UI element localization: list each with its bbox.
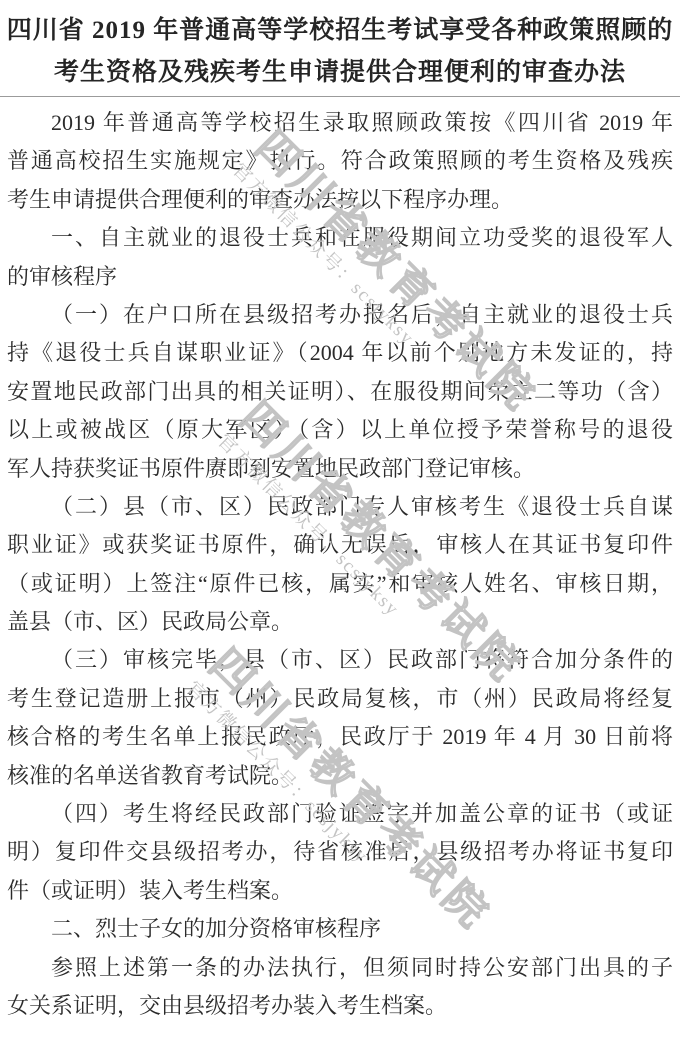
document-title: 四川省 2019 年普通高等学校招生考试享受各种政策照顾的 考生资格及残疾考生申…	[6, 10, 674, 94]
document-page: 四川省 2019 年普通高等学校招生考试享受各种政策照顾的 考生资格及残疾考生申…	[0, 0, 680, 1053]
paragraph: 参照上述第一条的办法执行，但须同时持公安部门出具的子女关系证明，交由县级招考办装…	[7, 949, 673, 1026]
text-line: 持《退役士兵自谋职业证》（2004 年以前个别地方未发证的，持	[7, 334, 673, 372]
text-line: 一、自主就业的退役士兵和在服役期间立功受奖的退役军人	[7, 219, 673, 257]
text-line: 考生申请提供合理便利的审查办法按以下程序办理。	[7, 181, 673, 219]
text-line: 件（或证明）装入考生档案。	[7, 872, 673, 910]
paragraph: （三）审核完毕，县（市、区）民政部门将符合加分条件的考生登记造册上报市（州）民政…	[7, 641, 673, 795]
text-line: （四）考生将经民政部门验证签字并加盖公章的证书（或证	[7, 795, 673, 833]
text-line: 二、烈士子女的加分资格审核程序	[7, 910, 673, 948]
text-line: 盖县（市、区）民政局公章。	[7, 603, 673, 641]
text-line: 2019 年普通高等学校招生录取照顾政策按《四川省 2019 年	[7, 104, 673, 142]
text-line: （三）审核完毕，县（市、区）民政部门将符合加分条件的	[7, 641, 673, 679]
text-line: 核合格的考生名单上报民政厅，民政厅于 2019 年 4 月 30 日前将	[7, 718, 673, 756]
paragraph: （四）考生将经民政部门验证签字并加盖公章的证书（或证明）复印件交县级招考办，待省…	[7, 795, 673, 910]
section-heading: 一、自主就业的退役士兵和在服役期间立功受奖的退役军人的审核程序	[7, 219, 673, 296]
text-line: 核准的名单送省教育考试院。	[7, 757, 673, 795]
text-line: 明）复印件交县级招考办，待省核准后，县级招考办将证书复印	[7, 833, 673, 871]
title-line-2: 考生资格及残疾考生申请提供合理便利的审查办法	[6, 52, 674, 94]
text-line: 的审核程序	[7, 258, 673, 296]
title-divider-line	[0, 96, 680, 97]
text-line: 军人持获奖证书原件赓即到安置地民政部门登记审核。	[7, 450, 673, 488]
text-line: 职业证》或获奖证书原件，确认无误后，审核人在其证书复印件	[7, 526, 673, 564]
text-line: （二）县（市、区）民政部门专人审核考生《退役士兵自谋	[7, 488, 673, 526]
text-line: 普通高校招生实施规定》执行。符合政策照顾的考生资格及残疾	[7, 142, 673, 180]
text-line: （或证明）上签注“原件已核，属实”和审核人姓名、审核日期，	[7, 565, 673, 603]
text-line: 以上或被战区（原大军区）（含）以上单位授予荣誉称号的退役	[7, 411, 673, 449]
paragraph: （二）县（市、区）民政部门专人审核考生《退役士兵自谋职业证》或获奖证书原件，确认…	[7, 488, 673, 642]
paragraph: 2019 年普通高等学校招生录取照顾政策按《四川省 2019 年普通高校招生实施…	[7, 104, 673, 219]
text-line: 参照上述第一条的办法执行，但须同时持公安部门出具的子	[7, 949, 673, 987]
paragraph: （一）在户口所在县级招考办报名后，自主就业的退役士兵持《退役士兵自谋职业证》（2…	[7, 296, 673, 488]
text-line: （一）在户口所在县级招考办报名后，自主就业的退役士兵	[7, 296, 673, 334]
text-line: 考生登记造册上报市（州）民政局复核，市（州）民政局将经复	[7, 680, 673, 718]
text-line: 安置地民政部门出具的相关证明）、在服役期间荣立二等功（含）	[7, 373, 673, 411]
document-body: 2019 年普通高等学校招生录取照顾政策按《四川省 2019 年普通高校招生实施…	[7, 104, 673, 1025]
title-line-1: 四川省 2019 年普通高等学校招生考试享受各种政策照顾的	[6, 10, 674, 52]
section-heading: 二、烈士子女的加分资格审核程序	[7, 910, 673, 948]
text-line: 女关系证明，交由县级招考办装入考生档案。	[7, 987, 673, 1025]
